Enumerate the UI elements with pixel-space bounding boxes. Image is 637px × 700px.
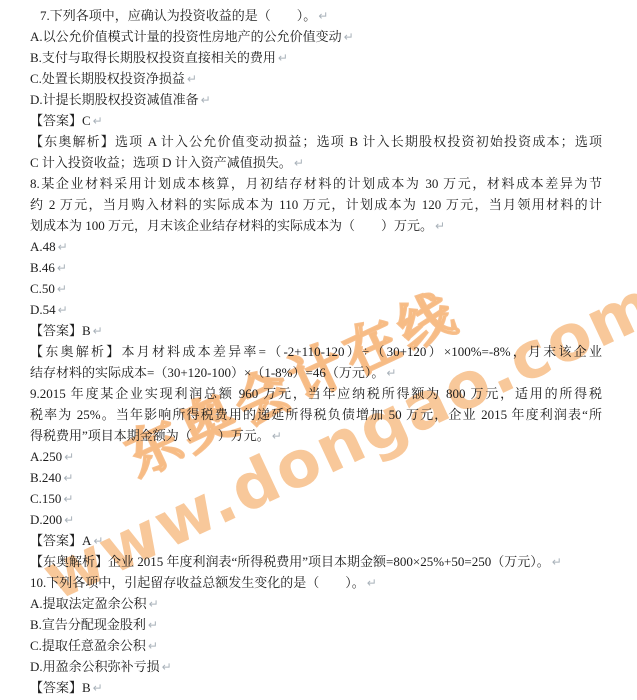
paragraph-mark-icon: ↵ — [552, 555, 562, 569]
document-line: 8.某企业材料采用计划成本核算，月初结存材料的计划成本为 30 万元，材料成本差… — [30, 173, 602, 194]
document-line: C.提取任意盈余公积↵ — [30, 635, 602, 656]
document-line: 结存材料的实际成本=（30+120-100）×（1-8%）=46（万元）。↵ — [30, 362, 602, 383]
paragraph-mark-icon: ↵ — [58, 303, 68, 317]
paragraph-mark-icon: ↵ — [272, 429, 282, 443]
line-text: C.提取任意盈余公积 — [30, 638, 146, 653]
line-text: 【东奥解析】本月材料成本差异率=（-2+110-120）÷（30+120）×10… — [30, 344, 602, 359]
paragraph-mark-icon: ↵ — [93, 534, 103, 548]
line-text: 10.下列各项中，引起留存收益总额发生变化的是（ ）。 — [30, 575, 365, 590]
document-line: D.计提长期股权投资减值准备↵ — [30, 89, 602, 110]
line-text: 结存材料的实际成本=（30+120-100）×（1-8%）=46（万元）。 — [30, 365, 384, 380]
document-line: C.50↵ — [30, 278, 602, 299]
line-text: A.48 — [30, 239, 56, 254]
paragraph-mark-icon: ↵ — [63, 471, 73, 485]
line-text: C.50 — [30, 281, 55, 296]
line-text: B.宣告分配现金股利 — [30, 617, 146, 632]
document-line: A.提取法定盈余公积↵ — [30, 593, 602, 614]
document-line: 【东奥解析】企业 2015 年度利润表“所得税费用”项目本期金额=800×25%… — [30, 551, 602, 572]
line-text: 【东奥解析】企业 2015 年度利润表“所得税费用”项目本期金额=800×25%… — [30, 554, 550, 569]
document-line: 【东奥解析】选项 A 计入公允价值变动损益；选项 B 计入长期股权投资初始投资成… — [30, 131, 602, 152]
paragraph-mark-icon: ↵ — [187, 72, 197, 86]
paragraph-mark-icon: ↵ — [93, 114, 103, 128]
document-line: B.46↵ — [30, 257, 602, 278]
paragraph-mark-icon: ↵ — [57, 282, 67, 296]
line-text: C.150 — [30, 491, 61, 506]
document-line: 【答案】B↵ — [30, 320, 602, 341]
paragraph-mark-icon: ↵ — [93, 681, 103, 695]
line-text: 划成本为 100 万元，月末该企业结存材料的实际成本为（ ）万元。 — [30, 218, 433, 233]
paragraph-mark-icon: ↵ — [58, 240, 68, 254]
paragraph-mark-icon: ↵ — [64, 450, 74, 464]
line-text: 7.下列各项中，应确认为投资收益的是（ ）。 — [40, 8, 316, 23]
line-text: D.54 — [30, 302, 56, 317]
document-line: 9.2015 年度某企业实现利润总额 960 万元，当年应纳税所得额为 800 … — [30, 383, 602, 404]
line-text: C.处置长期股权投资净损益 — [30, 71, 185, 86]
line-text: 【答案】B — [30, 323, 91, 338]
line-text: 约 2 万元，当月购入材料的实际成本为 110 万元，计划成本为 120 万元，… — [30, 197, 602, 212]
paragraph-mark-icon: ↵ — [294, 156, 304, 170]
document-line: 划成本为 100 万元，月末该企业结存材料的实际成本为（ ）万元。↵ — [30, 215, 602, 236]
line-text: A.提取法定盈余公积 — [30, 596, 147, 611]
paragraph-mark-icon: ↵ — [162, 660, 172, 674]
document-line: 约 2 万元，当月购入材料的实际成本为 110 万元，计划成本为 120 万元，… — [30, 194, 602, 215]
document-line: 7.下列各项中，应确认为投资收益的是（ ）。↵ — [30, 5, 602, 26]
document-line: A.48↵ — [30, 236, 602, 257]
paragraph-mark-icon: ↵ — [435, 219, 445, 233]
document-line: B.宣告分配现金股利↵ — [30, 614, 602, 635]
paragraph-mark-icon: ↵ — [148, 618, 158, 632]
line-text: 【答案】B — [30, 680, 91, 695]
document-line: C 计入投资收益；选项 D 计入资产减值损失。↵ — [30, 152, 602, 173]
paragraph-mark-icon: ↵ — [93, 324, 103, 338]
document-line: 【东奥解析】本月材料成本差异率=（-2+110-120）÷（30+120）×10… — [30, 341, 602, 362]
document-line: A.250↵ — [30, 446, 602, 467]
paragraph-mark-icon: ↵ — [367, 576, 377, 590]
paragraph-mark-icon: ↵ — [64, 513, 74, 527]
paragraph-mark-icon: ↵ — [57, 261, 67, 275]
document-line: B.支付与取得长期股权投资直接相关的费用↵ — [30, 47, 602, 68]
document-line: 【答案】C↵ — [30, 110, 602, 131]
line-text: B.支付与取得长期股权投资直接相关的费用 — [30, 50, 276, 65]
paragraph-mark-icon: ↵ — [63, 492, 73, 506]
document-line: D.200↵ — [30, 509, 602, 530]
paragraph-mark-icon: ↵ — [318, 9, 328, 23]
line-text: D.用盈余公积弥补亏损 — [30, 659, 160, 674]
line-text: C 计入投资收益；选项 D 计入资产减值损失。 — [30, 155, 292, 170]
document-page: 东奥会计在线 www.dongao.com 7.下列各项中，应确认为投资收益的是… — [0, 0, 637, 700]
document-line: 10.下列各项中，引起留存收益总额发生变化的是（ ）。↵ — [30, 572, 602, 593]
paragraph-mark-icon: ↵ — [148, 639, 158, 653]
line-text: 【答案】A — [30, 533, 91, 548]
line-text: D.200 — [30, 512, 62, 527]
line-text: 得税费用”项目本期金额为（ ）万元。 — [30, 428, 270, 443]
paragraph-mark-icon: ↵ — [201, 93, 211, 107]
line-text: A.250 — [30, 449, 62, 464]
line-text: B.240 — [30, 470, 61, 485]
paragraph-mark-icon: ↵ — [344, 30, 354, 44]
document-line: C.150↵ — [30, 488, 602, 509]
document-content: 7.下列各项中，应确认为投资收益的是（ ）。↵ A.以公允价值模式计量的投资性房… — [30, 5, 602, 698]
line-text: A.以公允价值模式计量的投资性房地产的公允价值变动 — [30, 29, 342, 44]
document-line: D.54↵ — [30, 299, 602, 320]
paragraph-mark-icon: ↵ — [149, 597, 159, 611]
document-line: B.240↵ — [30, 467, 602, 488]
line-text: 8.某企业材料采用计划成本核算，月初结存材料的计划成本为 30 万元，材料成本差… — [30, 176, 602, 191]
document-line: A.以公允价值模式计量的投资性房地产的公允价值变动↵ — [30, 26, 602, 47]
line-text: B.46 — [30, 260, 55, 275]
line-text: 9.2015 年度某企业实现利润总额 960 万元，当年应纳税所得额为 800 … — [30, 386, 602, 401]
document-line: 【答案】B↵ — [30, 677, 602, 698]
line-text: 【答案】C — [30, 113, 91, 128]
document-line: 税率为 25%。当年影响所得税费用的递延所得税负债增加 50 万元，企业 201… — [30, 404, 602, 425]
line-text: D.计提长期股权投资减值准备 — [30, 92, 199, 107]
document-line: C.处置长期股权投资净损益↵ — [30, 68, 602, 89]
document-line: 【答案】A↵ — [30, 530, 602, 551]
paragraph-mark-icon: ↵ — [386, 366, 396, 380]
paragraph-mark-icon: ↵ — [278, 51, 288, 65]
document-line: D.用盈余公积弥补亏损↵ — [30, 656, 602, 677]
document-line: 得税费用”项目本期金额为（ ）万元。↵ — [30, 425, 602, 446]
line-text: 【东奥解析】选项 A 计入公允价值变动损益；选项 B 计入长期股权投资初始投资成… — [30, 134, 602, 149]
line-text: 税率为 25%。当年影响所得税费用的递延所得税负债增加 50 万元，企业 201… — [30, 407, 602, 422]
